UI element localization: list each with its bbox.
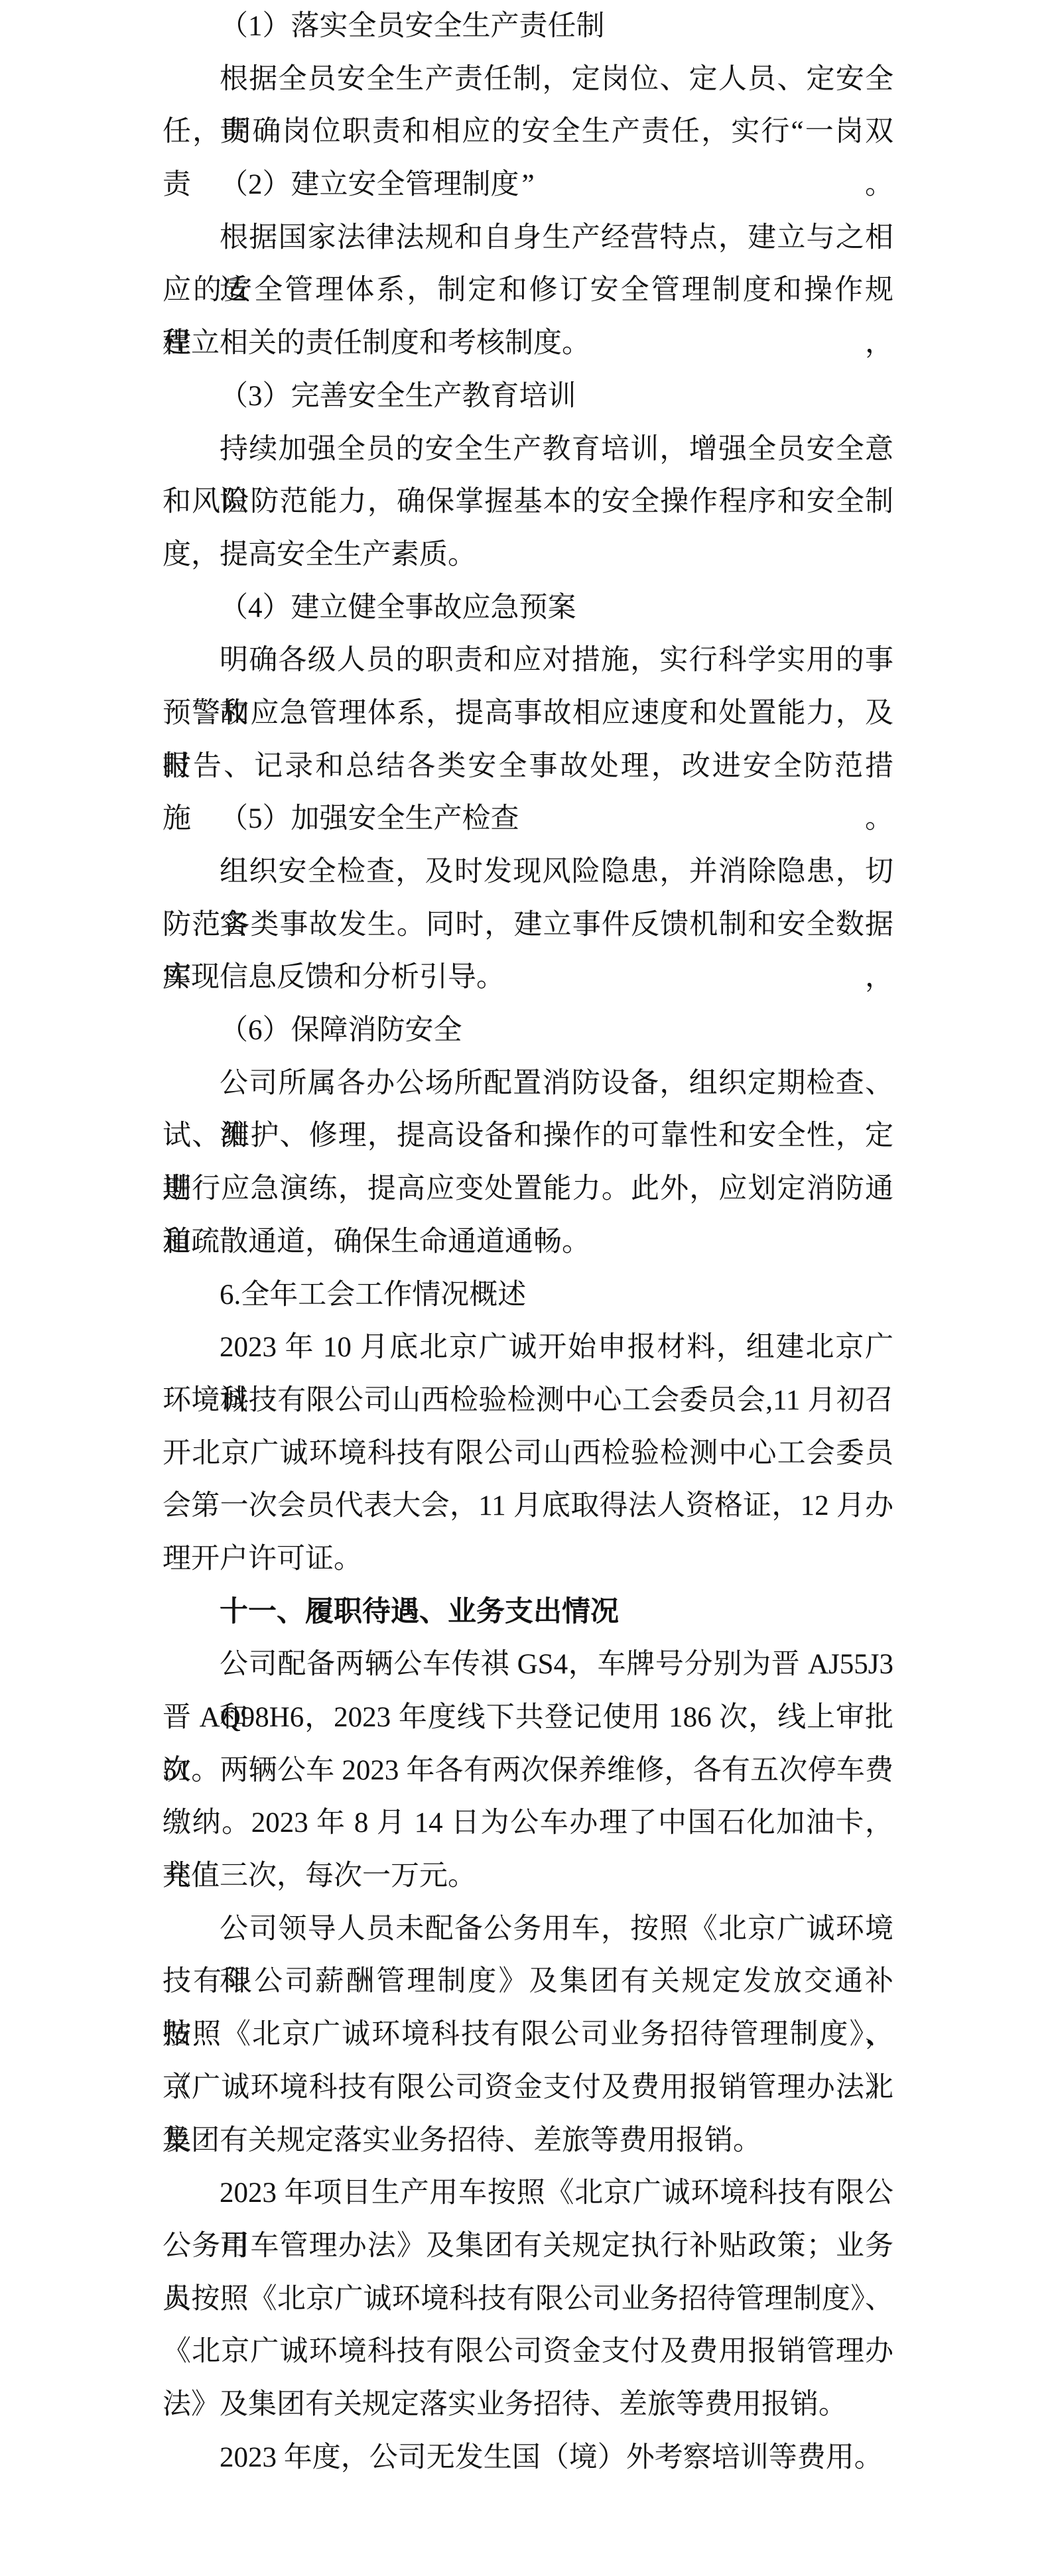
text-line: 员按照《北京广诚环境科技有限公司业务招待管理制度》、	[163, 2273, 893, 2326]
section-heading: 十一、履职待遇、业务支出情况	[163, 1586, 893, 1639]
text-line: 公司所属各办公场所配置消防设备，组织定期检查、测	[163, 1057, 893, 1110]
text-line: 公司配备两辆公车传祺 GS4，车牌号分别为晋 AJ55J3 和	[163, 1638, 893, 1691]
text-line: 预警和应急管理体系，提高事故相应速度和处置能力，及时	[163, 687, 893, 740]
text-line: 6.全年工会工作情况概述	[163, 1269, 893, 1322]
text-line: 京广诚环境科技有限公司资金支付及费用报销管理办法》及	[163, 2061, 893, 2114]
text-line: 环境科技有限公司山西检验检测中心工会委员会,11 月初召	[163, 1374, 893, 1427]
text-line: 充值三次，每次一万元。	[163, 1850, 893, 1903]
text-line: 持续加强全员的安全生产教育培训，增强全员安全意识	[163, 423, 893, 476]
text-line: 会第一次会员代表大会，11 月底取得法人资格证，12 月办	[163, 1480, 893, 1533]
text-line: 根据国家法律法规和自身生产经营特点，建立与之相适	[163, 212, 893, 265]
text-line: 按照《北京广诚环境科技有限公司业务招待管理制度》、《北	[163, 2008, 893, 2061]
text-line: 应的安全管理体系，制定和修订安全管理制度和操作规程，	[163, 264, 893, 317]
text-line: 2023 年度，公司无发生国（境）外考察培训等费用。	[163, 2431, 893, 2484]
text-line: 集团有关规定落实业务招待、差旅等费用报销。	[163, 2114, 893, 2167]
document-body: （1）落实全员安全生产责任制根据全员安全生产责任制，定岗位、定人员、定安全责任，…	[163, 0, 893, 2484]
text-line: （6）保障消防安全	[163, 1004, 893, 1057]
text-line: 2023 年项目生产用车按照《北京广诚环境科技有限公司	[163, 2167, 893, 2220]
text-line: 明确各级人员的职责和应对措施，实行科学实用的事故	[163, 634, 893, 687]
text-line: 《北京广诚环境科技有限公司资金支付及费用报销管理办	[163, 2325, 893, 2378]
text-line: 任，明确岗位职责和相应的安全生产责任，实行“一岗双责”。	[163, 105, 893, 159]
text-line: 晋 AQ98H6，2023 年度线下共登记使用 186 次，线上审批 51	[163, 1691, 893, 1744]
text-line: （3）完善安全生产教育培训	[163, 370, 893, 423]
text-line: 和疏散通道，确保生命通道通畅。	[163, 1216, 893, 1269]
text-line: 技有限公司薪酬管理制度》及集团有关规定发放交通补贴，	[163, 1955, 893, 2008]
document-page: （1）落实全员安全生产责任制根据全员安全生产责任制，定岗位、定人员、定安全责任，…	[0, 0, 1052, 2576]
text-line: 公司领导人员未配备公务用车，按照《北京广诚环境科	[163, 1903, 893, 1956]
text-line: （1）落实全员安全生产责任制	[163, 0, 893, 53]
text-line: 防范各类事故发生。同时，建立事件反馈机制和安全数据库，	[163, 899, 893, 952]
text-line: 开北京广诚环境科技有限公司山西检验检测中心工会委员	[163, 1427, 893, 1480]
text-line: 根据全员安全生产责任制，定岗位、定人员、定安全责	[163, 53, 893, 106]
text-line: 试、维护、修理，提高设备和操作的可靠性和安全性，定期	[163, 1110, 893, 1163]
text-line: 次。两辆公车 2023 年各有两次保养维修，各有五次停车费	[163, 1744, 893, 1797]
text-line: 度，提高安全生产素质。	[163, 529, 893, 582]
text-line: 组织安全检查，及时发现风险隐患，并消除隐患，切实	[163, 846, 893, 899]
text-line: 2023 年 10 月底北京广诚开始申报材料，组建北京广诚	[163, 1321, 893, 1374]
text-line: 理开户许可证。	[163, 1533, 893, 1586]
text-line: 缴纳。2023 年 8 月 14 日为公车办理了中国石化加油卡，共	[163, 1797, 893, 1850]
text-line: 进行应急演练，提高应变处置能力。此外，应划定消防通道	[163, 1163, 893, 1216]
text-line: 和风险防范能力，确保掌握基本的安全操作程序和安全制	[163, 476, 893, 529]
text-line: 法》及集团有关规定落实业务招待、差旅等费用报销。	[163, 2378, 893, 2431]
text-line: （4）建立健全事故应急预案	[163, 582, 893, 635]
text-line: 公务用车管理办法》及集团有关规定执行补贴政策；业务人	[163, 2220, 893, 2273]
text-line: 报告、记录和总结各类安全事故处理，改进安全防范措施。	[163, 740, 893, 793]
